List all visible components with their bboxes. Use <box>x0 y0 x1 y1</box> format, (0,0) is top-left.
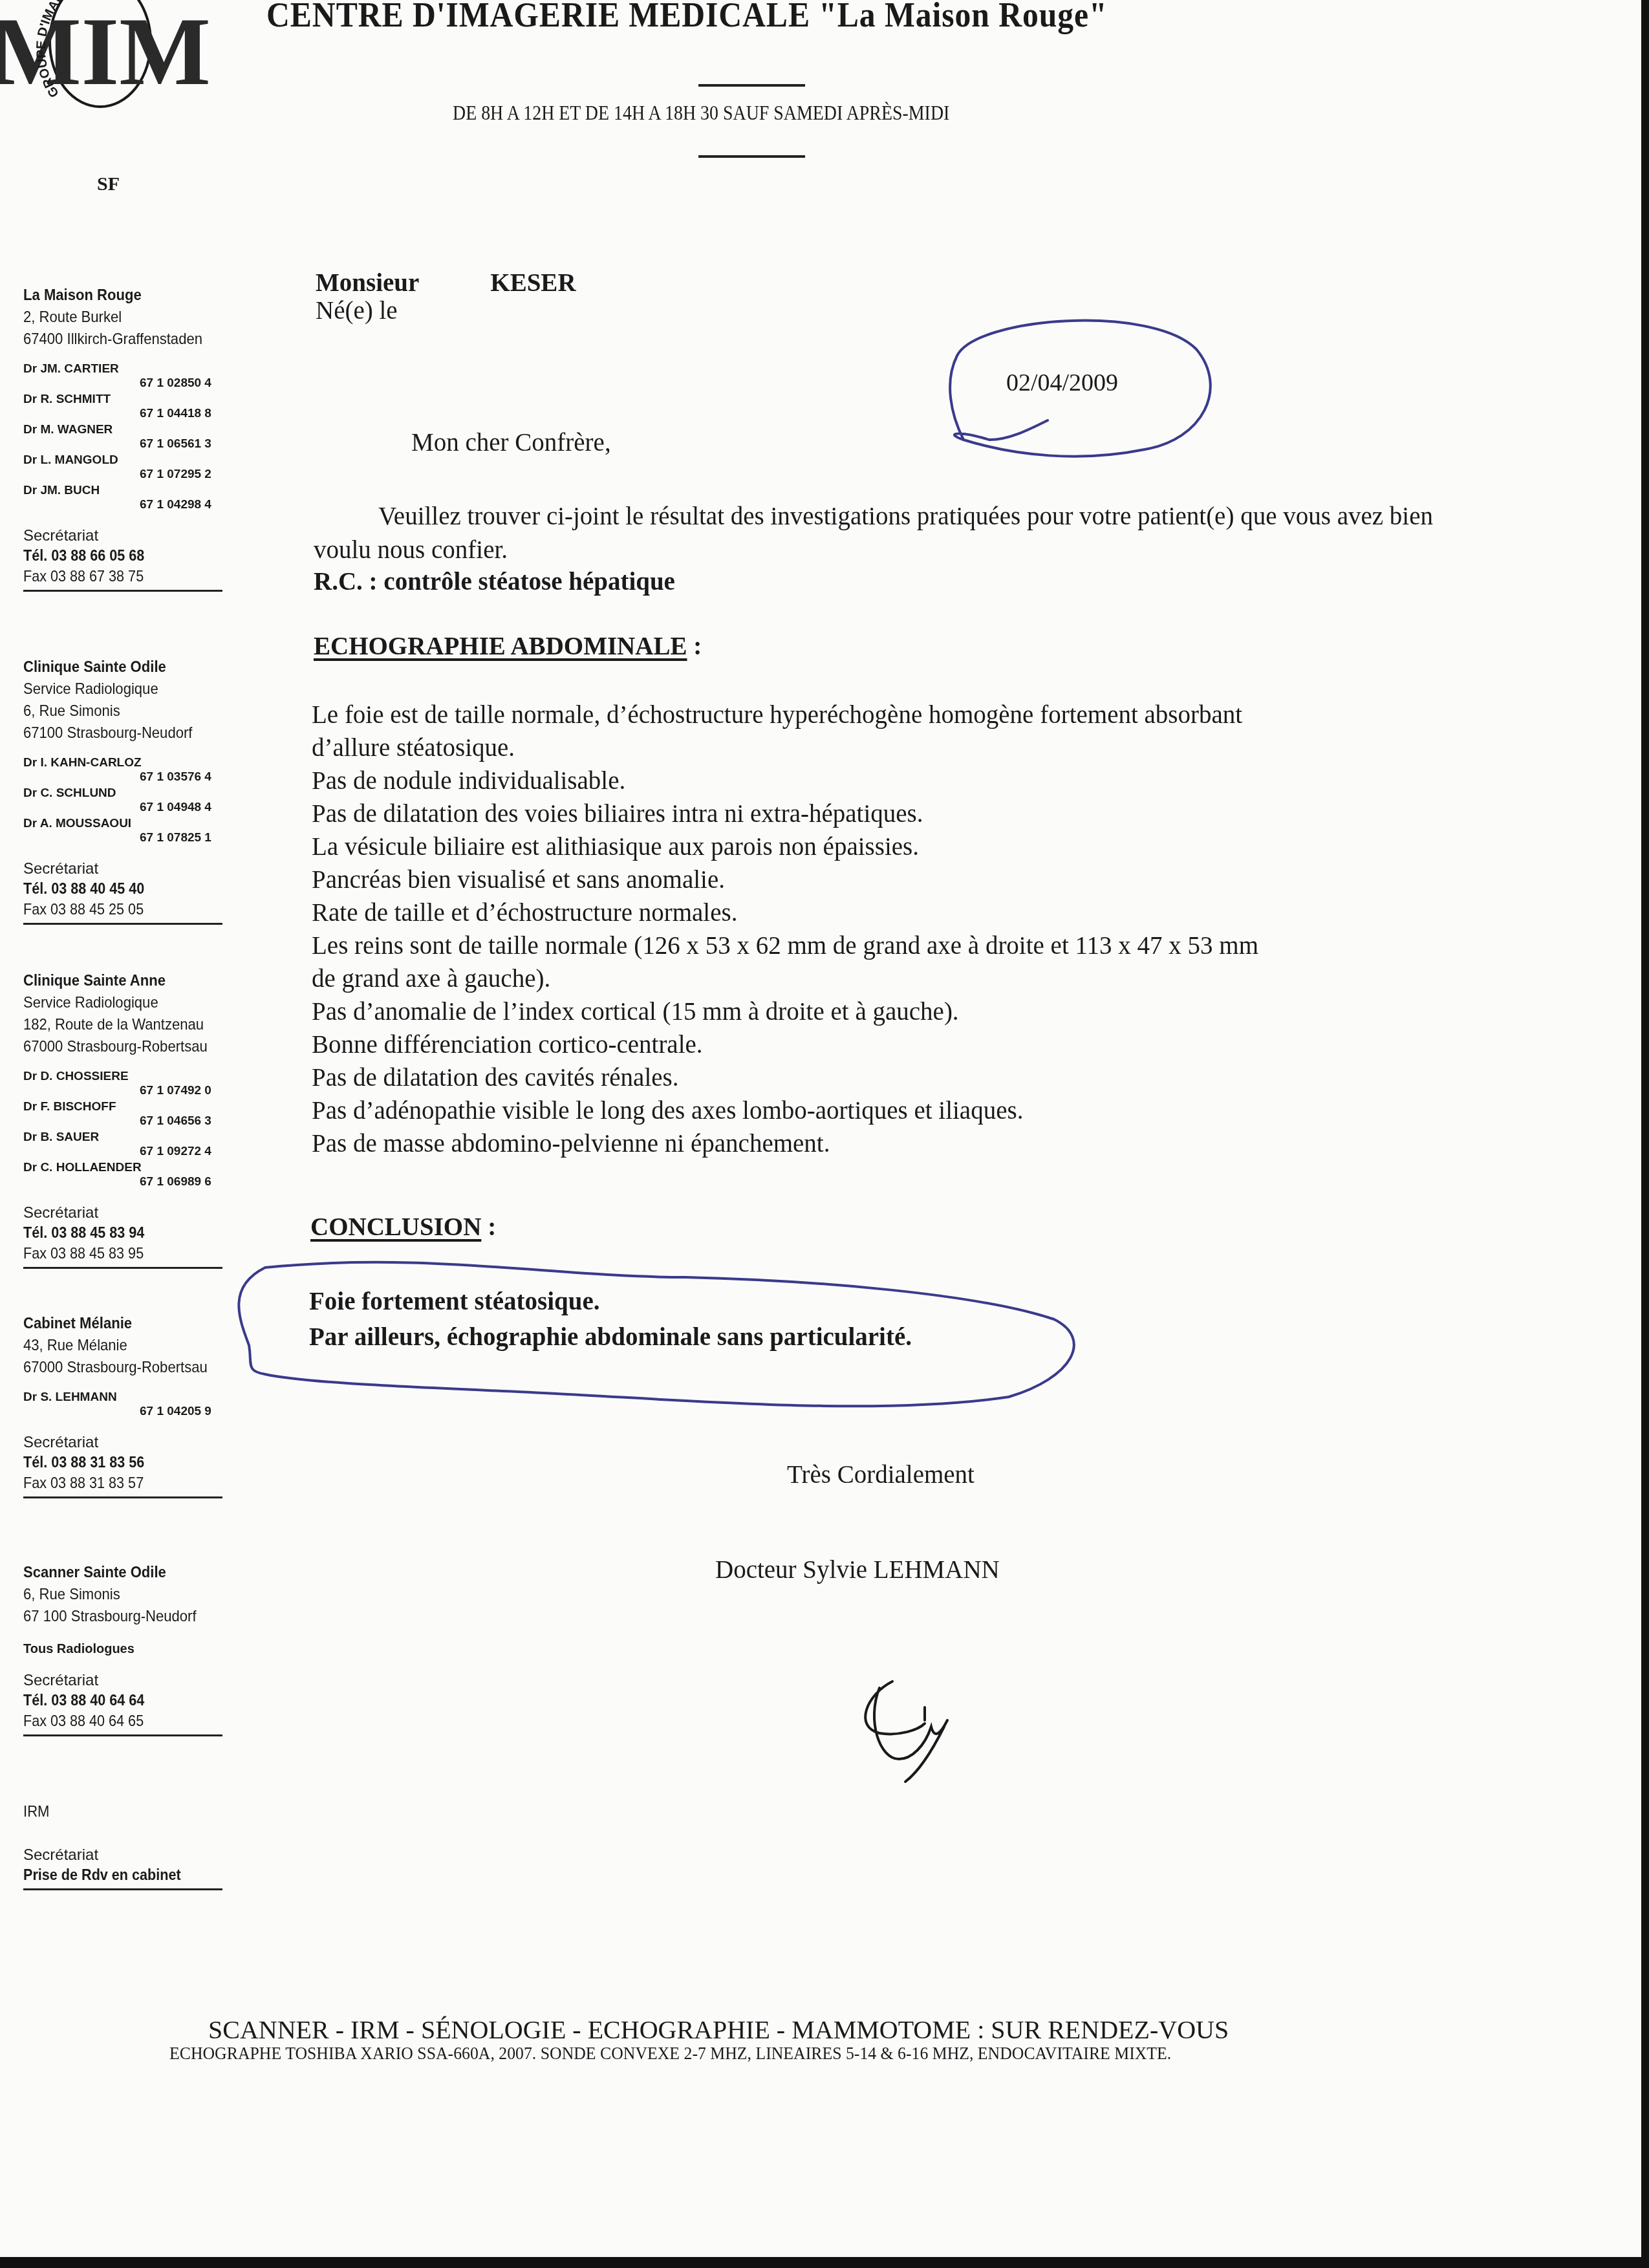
doctor-list: Dr S. LEHMANN67 1 04205 9 <box>23 1390 224 1421</box>
finding-line: Rate de taille et d’échostructure normal… <box>312 896 1476 929</box>
salutation: Mon cher Confrère, <box>411 428 611 457</box>
clinical-reason: R.C. : contrôle stéatose hépatique <box>314 567 675 596</box>
doctor-entry: Dr R. SCHMITT67 1 04418 8 <box>23 393 224 423</box>
site-address: 6, Rue Simonis <box>23 1584 208 1606</box>
site-scanner-sainte-odile: Scanner Sainte Odile 6, Rue Simonis 67 1… <box>23 1562 224 1736</box>
svg-text:MIM: MIM <box>0 0 211 105</box>
doctor-entry: Dr F. BISCHOFF67 1 04656 3 <box>23 1100 224 1130</box>
signature-icon <box>854 1669 983 1778</box>
doctor-number: 67 1 09272 4 <box>140 1145 211 1159</box>
doctor-name: Dr C. SCHLUND <box>23 786 116 801</box>
finding-line: Pancréas bien visualisé et sans anomalie… <box>312 863 1476 896</box>
site-name: Scanner Sainte Odile <box>23 1562 208 1584</box>
secretariat-label: Secrétariat <box>23 1203 224 1223</box>
signer-name: Docteur Sylvie LEHMANN <box>715 1555 1000 1584</box>
site-note: Tous Radiologues <box>23 1639 224 1659</box>
doctor-number: 67 1 07492 0 <box>140 1084 211 1098</box>
site-name: IRM <box>23 1801 208 1823</box>
doctor-name: Dr C. HOLLAENDER <box>23 1161 142 1175</box>
doctor-list: Dr I. KAHN-CARLOZ67 1 03576 4 Dr C. SCHL… <box>23 756 224 847</box>
doctor-name: Dr JM. CARTIER <box>23 362 119 376</box>
secretariat-label: Secrétariat <box>23 1670 224 1690</box>
site-name: Cabinet Mélanie <box>23 1313 208 1335</box>
finding-line: de grand axe à gauche). <box>312 962 1476 995</box>
finding-line: La vésicule biliaire est alithiasique au… <box>312 830 1476 863</box>
secretariat: Secrétariat Tél. 03 88 40 64 64 Fax 03 8… <box>23 1670 224 1736</box>
doctor-number: 67 1 02850 4 <box>140 376 211 391</box>
finding-line: Pas de dilatation des voies biliaires in… <box>312 797 1476 830</box>
secretariat: Secrétariat Tél. 03 88 66 05 68 Fax 03 8… <box>23 526 224 592</box>
doctor-entry: Dr JM. CARTIER67 1 02850 4 <box>23 362 224 393</box>
finding-line: Le foie est de taille normale, d’échostr… <box>312 698 1476 731</box>
equipment-footer: ECHOGRAPHE TOSHIBA XARIO SSA-660A, 2007.… <box>169 2044 1171 2064</box>
doctor-number: 67 1 04205 9 <box>140 1405 211 1419</box>
phone-number: Tél. 03 88 31 83 56 <box>23 1453 204 1473</box>
birth-date-label: Né(e) le <box>316 296 398 325</box>
closing: Très Cordialement <box>787 1460 975 1489</box>
divider <box>23 1888 222 1890</box>
exam-title: ECHOGRAPHIE ABDOMINALE : <box>314 632 702 661</box>
doctor-name: Dr I. KAHN-CARLOZ <box>23 756 142 770</box>
doctor-name: Dr D. CHOSSIERE <box>23 1070 129 1084</box>
finding-line: Pas de nodule individualisable. <box>312 764 1476 797</box>
header-rule-top <box>698 84 805 87</box>
site-city: 67000 Strasbourg-Robertsau <box>23 1036 208 1058</box>
doctor-name: Dr S. LEHMANN <box>23 1390 117 1405</box>
divider <box>23 923 222 925</box>
finding-line: Pas d’anomalie de l’index cortical (15 m… <box>312 995 1476 1028</box>
divider <box>23 1496 222 1498</box>
recipient-prefix: Monsieur <box>316 269 419 297</box>
doctor-number: 67 1 07295 2 <box>140 468 211 482</box>
intro-paragraph: Veuillez trouver ci-joint le résultat de… <box>314 500 1471 567</box>
site-department: Service Radiologique <box>23 678 208 700</box>
fax-number: Fax 03 88 40 64 65 <box>23 1711 204 1732</box>
fax-number: Fax 03 88 31 83 57 <box>23 1473 204 1494</box>
site-name: Clinique Sainte Odile <box>23 656 208 678</box>
services-footer: SCANNER - IRM - SÉNOLOGIE - ECHOGRAPHIE … <box>208 2014 1437 2045</box>
doctor-name: Dr B. SAUER <box>23 1130 99 1145</box>
doctor-name: Dr F. BISCHOFF <box>23 1100 116 1114</box>
conclusion-title: CONCLUSION : <box>310 1213 496 1242</box>
recipient-name: KESER <box>490 269 576 297</box>
doctor-entry: Dr M. WAGNER67 1 06561 3 <box>23 423 224 453</box>
doctor-entry: Dr D. CHOSSIERE67 1 07492 0 <box>23 1070 224 1100</box>
doctor-number: 67 1 06561 3 <box>140 437 211 451</box>
doctor-name: Dr L. MANGOLD <box>23 453 118 468</box>
secretariat-label: Secrétariat <box>23 526 224 546</box>
site-address: 6, Rue Simonis <box>23 700 208 722</box>
mim-logo-icon: MIM GROUPE D'IMAGERIE <box>26 0 181 133</box>
secretariat-label: Secrétariat <box>23 1432 224 1453</box>
secretariat: Secrétariat Tél. 03 88 40 45 40 Fax 03 8… <box>23 859 224 925</box>
finding-line: Pas d’adénopathie visible le long des ax… <box>312 1094 1476 1127</box>
finding-line: Pas de masse abdomino-pelvienne ni épanc… <box>312 1127 1476 1160</box>
conclusion-text: Foie fortement stéatosique. Par ailleurs… <box>309 1284 912 1355</box>
fax-number: Fax 03 88 45 83 95 <box>23 1244 204 1264</box>
doctor-name: Dr A. MOUSSAOUI <box>23 817 131 831</box>
secretariat-label: Secrétariat <box>23 1845 224 1865</box>
doctor-entry: Dr B. SAUER67 1 09272 4 <box>23 1130 224 1161</box>
doctor-name: Dr M. WAGNER <box>23 423 113 437</box>
phone-number: Tél. 03 88 40 45 40 <box>23 879 204 900</box>
divider <box>23 1734 222 1736</box>
secretariat: Secrétariat Prise de Rdv en cabinet <box>23 1845 224 1890</box>
site-cabinet-melanie: Cabinet Mélanie 43, Rue Mélanie 67000 St… <box>23 1313 224 1498</box>
phone-number: Tél. 03 88 66 05 68 <box>23 546 204 567</box>
doctor-number: 67 1 04948 4 <box>140 801 211 815</box>
doctor-number: 67 1 04418 8 <box>140 407 211 421</box>
site-name: La Maison Rouge <box>23 285 208 307</box>
initials: SF <box>97 173 120 195</box>
site-city: 67100 Strasbourg-Neudorf <box>23 722 208 744</box>
doctor-name: Dr JM. BUCH <box>23 484 100 498</box>
doctor-entry: Dr I. KAHN-CARLOZ67 1 03576 4 <box>23 756 224 786</box>
phone-number: Tél. 03 88 45 83 94 <box>23 1223 204 1244</box>
site-clinique-sainte-anne: Clinique Sainte Anne Service Radiologiqu… <box>23 970 224 1269</box>
doctor-number: 67 1 03576 4 <box>140 770 211 784</box>
doctor-number: 67 1 04656 3 <box>140 1114 211 1129</box>
divider <box>23 590 222 592</box>
intro-text: Veuillez trouver ci-joint le résultat de… <box>314 502 1433 564</box>
doctor-number: 67 1 04298 4 <box>140 498 211 512</box>
doctor-list: Dr JM. CARTIER67 1 02850 4 Dr R. SCHMITT… <box>23 362 224 514</box>
secretariat-label: Secrétariat <box>23 859 224 879</box>
site-la-maison-rouge: La Maison Rouge 2, Route Burkel 67400 Il… <box>23 285 224 592</box>
finding-line: Les reins sont de taille normale (126 x … <box>312 929 1476 962</box>
recipient: MonsieurKESER <box>316 268 576 297</box>
finding-line: Bonne différenciation cortico-centrale. <box>312 1028 1476 1061</box>
divider <box>23 1267 222 1269</box>
fax-number: Fax 03 88 45 25 05 <box>23 900 204 920</box>
exam-title-text: ECHOGRAPHIE ABDOMINALE <box>314 632 687 660</box>
conclusion-title-text: CONCLUSION <box>310 1213 481 1241</box>
site-city: 67400 Illkirch-Graffenstaden <box>23 329 208 351</box>
site-address: 182, Route de la Wantzenau <box>23 1014 208 1036</box>
letter-date: 02/04/2009 <box>1006 369 1118 397</box>
finding-line: Pas de dilatation des cavités rénales. <box>312 1061 1476 1094</box>
site-irm: IRM Secrétariat Prise de Rdv en cabinet <box>23 1801 224 1890</box>
letterhead-title: CENTRE D'IMAGERIE MEDICALE "La Maison Ro… <box>266 0 1108 35</box>
doctor-entry: Dr JM. BUCH67 1 04298 4 <box>23 484 224 514</box>
conclusion-line: Par ailleurs, échographie abdominale san… <box>309 1319 912 1355</box>
opening-hours: DE 8H A 12H ET DE 14H A 18H 30 SAUF SAME… <box>453 102 949 125</box>
appointment-info: Prise de Rdv en cabinet <box>23 1865 204 1886</box>
phone-number: Tél. 03 88 40 64 64 <box>23 1690 204 1711</box>
site-address: 43, Rue Mélanie <box>23 1335 208 1357</box>
doctor-number: 67 1 06989 6 <box>140 1175 211 1189</box>
fax-number: Fax 03 88 67 38 75 <box>23 567 204 587</box>
doctor-entry: Dr A. MOUSSAOUI67 1 07825 1 <box>23 817 224 847</box>
conclusion-title-colon: : <box>481 1213 496 1241</box>
exam-title-colon: : <box>687 632 702 660</box>
site-clinique-sainte-odile: Clinique Sainte Odile Service Radiologiq… <box>23 656 224 925</box>
letter-page: MIM GROUPE D'IMAGERIE SF CENTRE D'IMAGER… <box>0 0 1641 2257</box>
finding-line: d’allure stéatosique. <box>312 731 1476 764</box>
doctor-entry: Dr L. MANGOLD67 1 07295 2 <box>23 453 224 484</box>
site-department: Service Radiologique <box>23 992 208 1014</box>
doctor-entry: Dr S. LEHMANN67 1 04205 9 <box>23 1390 224 1421</box>
header-rule-bottom <box>698 155 805 158</box>
doctor-list: Dr D. CHOSSIERE67 1 07492 0 Dr F. BISCHO… <box>23 1070 224 1191</box>
doctor-name: Dr R. SCHMITT <box>23 393 111 407</box>
doctor-entry: Dr C. SCHLUND67 1 04948 4 <box>23 786 224 817</box>
secretariat: Secrétariat Tél. 03 88 31 83 56 Fax 03 8… <box>23 1432 224 1498</box>
doctor-number: 67 1 07825 1 <box>140 831 211 845</box>
secretariat: Secrétariat Tél. 03 88 45 83 94 Fax 03 8… <box>23 1203 224 1269</box>
site-city: 67 100 Strasbourg-Neudorf <box>23 1606 208 1628</box>
doctor-entry: Dr C. HOLLAENDER67 1 06989 6 <box>23 1161 224 1191</box>
site-name: Clinique Sainte Anne <box>23 970 208 992</box>
conclusion-line: Foie fortement stéatosique. <box>309 1284 912 1319</box>
findings-list: Le foie est de taille normale, d’échostr… <box>312 698 1476 1160</box>
site-city: 67000 Strasbourg-Robertsau <box>23 1357 208 1379</box>
site-address: 2, Route Burkel <box>23 307 208 329</box>
